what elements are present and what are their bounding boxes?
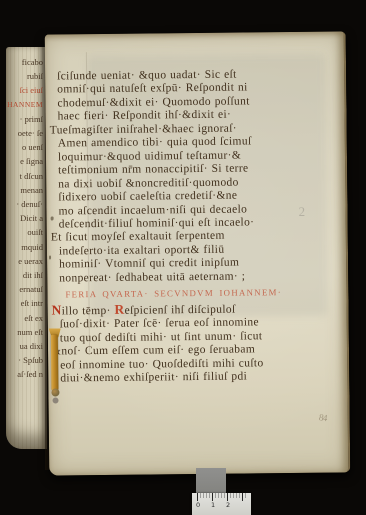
edge-fragment: e uerax <box>7 254 43 268</box>
text-segment: illo tēmp· <box>62 305 115 318</box>
edge-fragment: Dicit a <box>7 211 43 225</box>
edge-fragment: · Spſub <box>7 353 43 367</box>
ruler-label: 0 <box>196 501 200 509</box>
edge-fragment-red: HANNEM <box>7 98 43 112</box>
edge-fragment: ernatuſ <box>7 282 43 296</box>
ruler-label: 2 <box>226 501 230 509</box>
manuscript-photo: ficabo rubiſ ſci eiuſ HANNEM · primſ oet… <box>0 0 366 515</box>
edge-fragment: rubiſ <box>7 69 43 83</box>
folio-number: 84 <box>318 413 327 424</box>
initial-i-stem <box>51 334 59 390</box>
edge-fragment: e ſigna <box>7 154 43 168</box>
photo-gray-tab <box>196 468 226 494</box>
text-line: diui·&nemo exhiſperiit· niſi filiuſ pdi <box>60 369 340 385</box>
edge-fragment: o uenſ <box>7 140 43 154</box>
text-block: ſciſunde ueniat· &quo uadat· Sic eſt omn… <box>57 68 340 386</box>
edge-fragment: t dſcun <box>7 169 43 183</box>
red-initial-n: N <box>52 302 62 317</box>
text-line: nonpereat· ſedhabeat uitā aeternam· ; <box>59 269 339 285</box>
rubric-line: FERIA QVARTA· SECVNDVM IOHANNEM· <box>65 286 339 302</box>
illuminated-initial-i <box>49 328 62 402</box>
edge-fragment: · primſ <box>7 112 43 126</box>
edge-fragment: dit ihſ <box>7 268 43 282</box>
ruler-major-ticks <box>197 493 248 501</box>
edge-fragment: ficabo <box>7 55 43 69</box>
edge-fragment: num eſt <box>7 325 43 339</box>
edge-fragment: menan <box>7 183 43 197</box>
ink-speck <box>51 217 54 221</box>
edge-fragment: aſ·ſed n <box>7 367 43 381</box>
facing-page-text-fragments: ficabo rubiſ ſci eiuſ HANNEM · primſ oet… <box>7 55 43 382</box>
edge-fragment: ua dixi <box>7 339 43 353</box>
edge-fragment: ouiſt <box>7 225 43 239</box>
edge-fragment: mquid <box>7 240 43 254</box>
edge-fragment: · denuſ· <box>7 197 43 211</box>
ruler-label: 1 <box>211 501 215 509</box>
ink-speck <box>49 256 51 260</box>
edge-fragment: eſt intr <box>7 296 43 310</box>
edge-fragment: oete· ſe <box>7 126 43 140</box>
show-through-mark: 2 <box>298 204 305 220</box>
facing-page-edge: ficabo rubiſ ſci eiuſ HANNEM · primſ oet… <box>6 47 47 449</box>
red-initial-r: R <box>114 301 124 316</box>
initial-i-pendant <box>53 397 59 403</box>
edge-fragment: eſt ex <box>7 311 43 325</box>
scale-ruler: 0 1 2 <box>192 493 251 515</box>
edge-fragment-red: ſci eiuſ <box>7 83 43 97</box>
manuscript-page: ſciſunde ueniat· &quo uadat· Sic eſt omn… <box>45 31 351 475</box>
text-segment: eſpicienſ ihſ diſcipuloſ <box>125 303 236 316</box>
initial-i-foot <box>51 388 59 396</box>
